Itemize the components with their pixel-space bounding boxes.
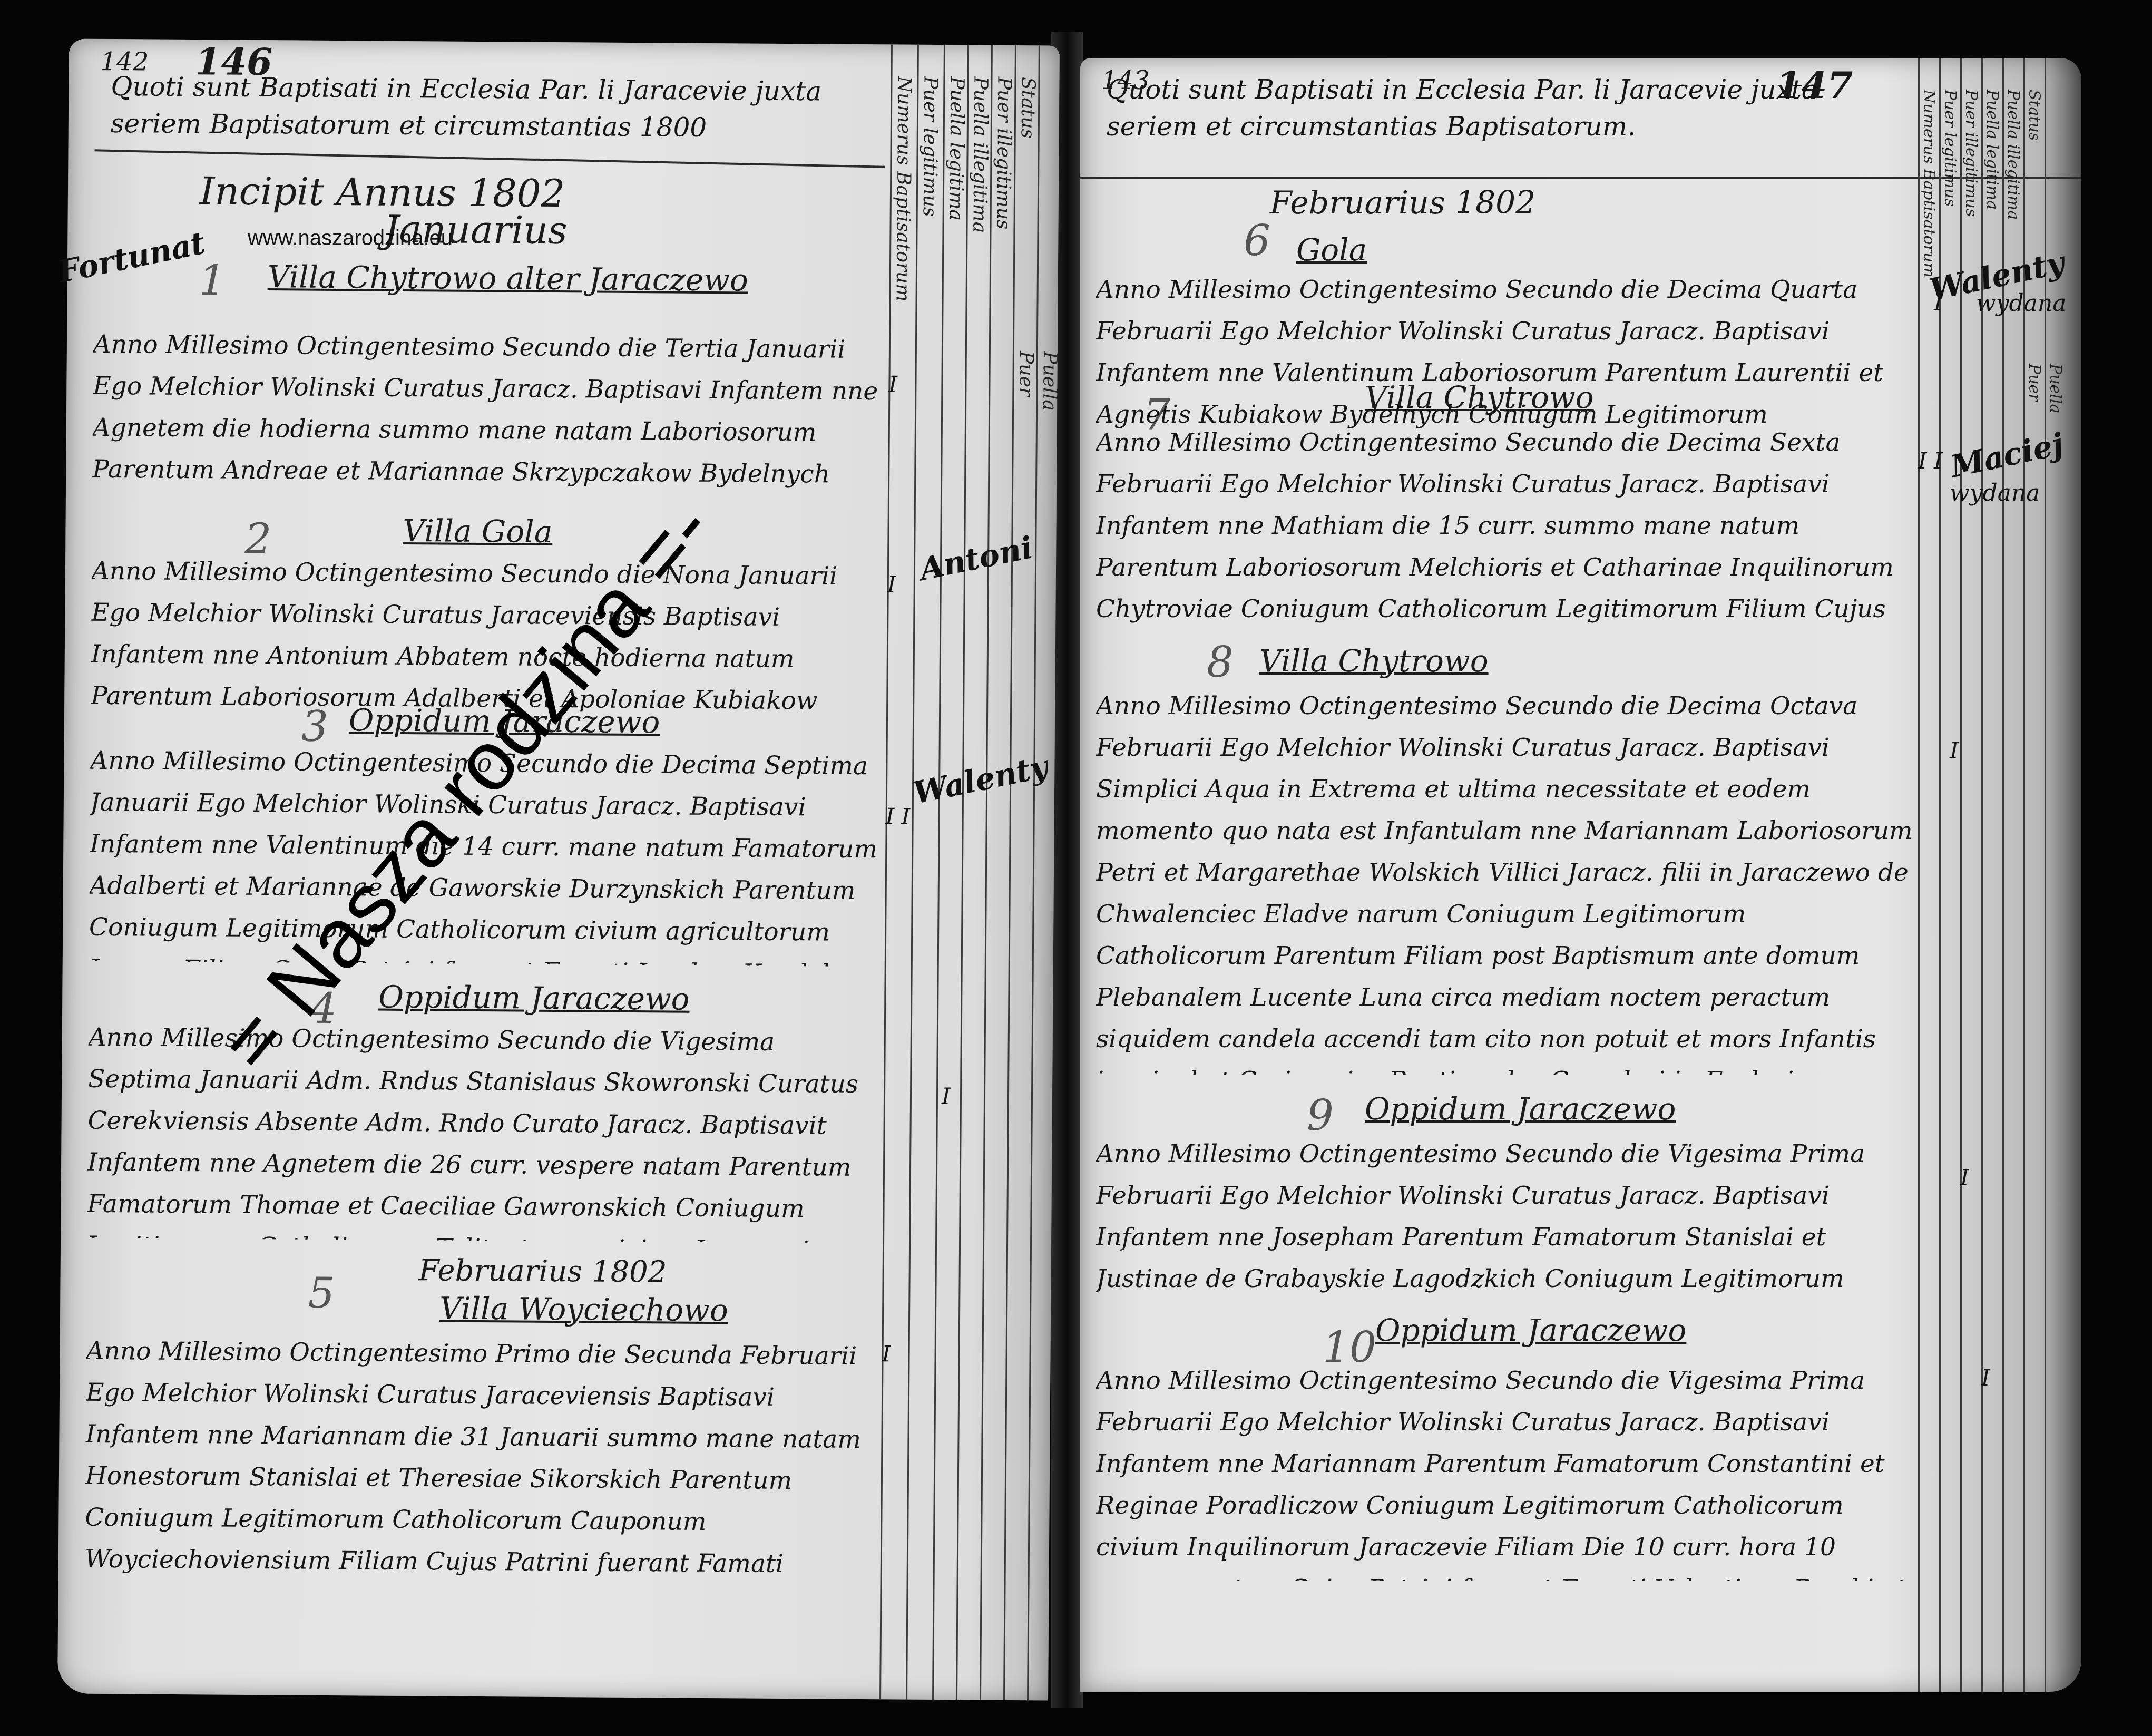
tally-mark: I <box>887 571 896 597</box>
column-header: Puella legitima <box>945 76 968 221</box>
month-title: Februarius 1802 <box>1270 184 1535 221</box>
header-rule <box>95 149 885 168</box>
margin-note: Maciej <box>1947 426 2066 485</box>
column-header: Puer illegitimus <box>993 77 1015 230</box>
column-header: Numerus Baptisatorum <box>892 76 915 301</box>
entry-place: Gola <box>1296 232 1367 268</box>
left-header-line-2: seriem Baptisatorum et circumstantias 18… <box>111 108 707 143</box>
entry-number: 8 <box>1207 638 1234 687</box>
column-header: Puella <box>1039 351 1061 411</box>
tally-mark: I I <box>1918 448 1943 474</box>
tally-mark: I <box>942 1083 951 1109</box>
column-header: Puer <box>1015 351 1037 396</box>
baptism-record-8: Anno Millesimo Octingentesimo Secundo di… <box>1096 685 1918 1075</box>
entry-place: Oppidum Jaraczewo <box>378 979 690 1017</box>
entry-place: Oppidum Jaraczewo <box>1365 1091 1676 1127</box>
margin-note: Walenty <box>910 748 1051 811</box>
tally-mark: I <box>1950 738 1959 764</box>
baptism-record-5: Anno Millesimo Octingentesimo Primo die … <box>85 1330 877 1588</box>
column-header: Status <box>1017 77 1039 139</box>
column-header: Puer <box>2025 364 2043 402</box>
column-header: Puella <box>2046 364 2065 413</box>
column-header: Puer legitimus <box>1941 90 1959 207</box>
baptism-record-7: Anno Millesimo Octingentesimo Secundo di… <box>1096 422 1918 632</box>
right-header-line-2: seriem et circumstantias Baptisatorum. <box>1107 111 1636 142</box>
baptism-record-4: Anno Millesimo Octingentesimo Secundo di… <box>87 1017 879 1243</box>
entry-place: Villa Gola <box>403 513 552 550</box>
tally-mark: I I <box>886 803 911 829</box>
tally-columns: Numerus Baptisatorum Puer legitimus Puer… <box>1918 58 2050 1692</box>
baptism-record-6: Anno Millesimo Octingentesimo Secundo di… <box>1096 269 1918 437</box>
entry-place: Villa Woyciechowo <box>439 1290 728 1328</box>
column-header: Puer legitimus <box>919 76 942 217</box>
right-page: 143 147 Quoti sunt Baptisati in Ecclesia… <box>1080 58 2081 1692</box>
entry-number: 6 <box>1244 216 1270 265</box>
left-page: 142 146 Quoti sunt Baptisati in Ecclesia… <box>57 38 1060 1700</box>
column-header: Numerus Baptisatorum <box>1920 90 1938 278</box>
entry-number: 1 <box>199 256 226 305</box>
tally-mark: I <box>888 371 897 397</box>
margin-note: Antoni <box>917 529 1036 587</box>
column-header: Puella illegitima <box>969 76 991 233</box>
month-heading: Februarius 1802 <box>418 1253 667 1289</box>
baptism-record-9: Anno Millesimo Octingentesimo Secundo di… <box>1096 1133 1918 1307</box>
website-watermark: www.naszarodzina.eu <box>248 227 453 250</box>
column-header: Puella illegitima <box>2004 90 2022 220</box>
column-header: Status <box>2025 90 2043 141</box>
tally-mark: I <box>882 1341 891 1367</box>
book-scan: 142 146 Quoti sunt Baptisati in Ecclesia… <box>0 0 2152 1736</box>
right-header-line-1: Quoti sunt Baptisati in Ecclesia Par. li… <box>1107 74 1817 105</box>
entry-place: Villa Chytrowo <box>1259 643 1489 679</box>
entry-number: 5 <box>308 1269 335 1318</box>
margin-note: wydana <box>1950 480 2040 506</box>
column-header: Puer illegitimus <box>1962 90 1980 217</box>
baptism-record-1: Anno Millesimo Octingentesimo Secundo di… <box>92 324 884 503</box>
tally-mark: I <box>1981 1365 1990 1391</box>
margin-note: Fortunat <box>55 225 208 290</box>
tally-columns: Numerus Baptisatorum Puer legitimus Puel… <box>879 44 1060 1700</box>
tally-mark: I <box>1960 1165 1969 1191</box>
entry-place: Villa Chytrowo alter Jaraczewo <box>268 259 748 298</box>
baptism-record-10: Anno Millesimo Octingentesimo Secundo di… <box>1096 1360 1918 1581</box>
entry-place: Oppidum Jaraczewo <box>1375 1312 1686 1348</box>
column-header: Puella legitima <box>1983 90 2001 210</box>
margin-note: wydana <box>1976 290 2067 317</box>
left-header-line-1: Quoti sunt Baptisati in Ecclesia Par. li… <box>111 71 821 107</box>
